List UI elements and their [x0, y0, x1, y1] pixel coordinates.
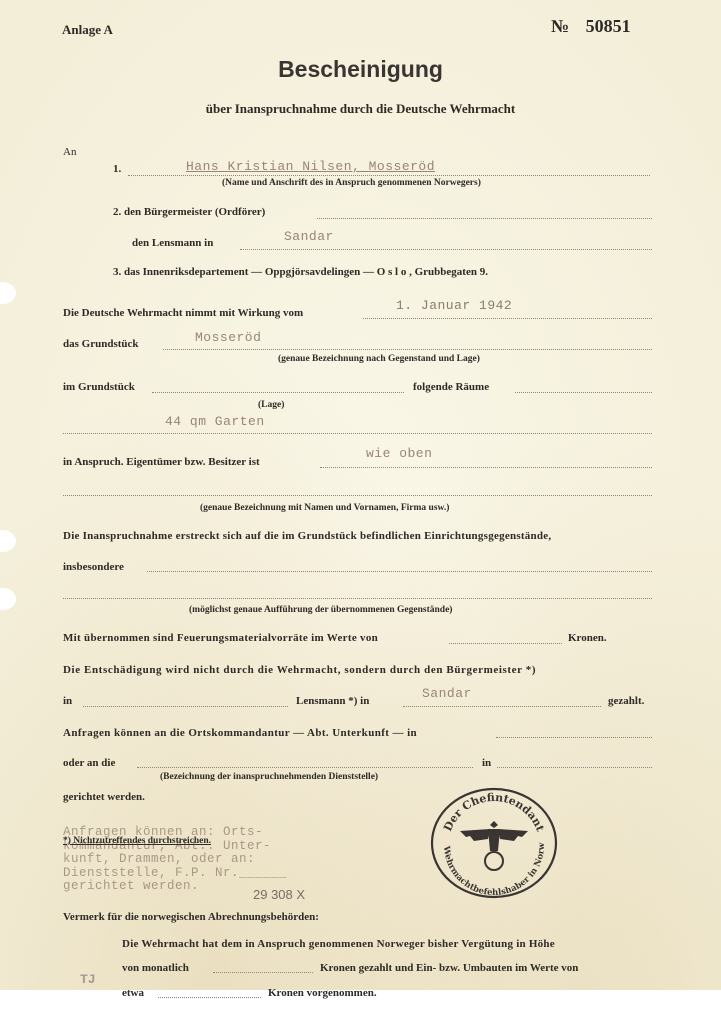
owner-caption: (genaue Bezeichnung mit Namen und Vornam…	[200, 503, 449, 513]
monthly-amount-line[interactable]	[213, 972, 313, 973]
office-line[interactable]	[137, 767, 473, 768]
office-location-line[interactable]	[497, 767, 652, 768]
mayor-label: 2. den Bürgermeister (Ordförer)	[113, 206, 265, 218]
comp-mayor-line[interactable]	[83, 706, 288, 707]
number-label: №	[551, 16, 569, 36]
owner-field[interactable]: wie oben	[366, 446, 432, 461]
name-caption: (Name und Anschrift des in Anspruch geno…	[222, 178, 481, 188]
compensation-text: Die Entschädigung wird nicht durch die W…	[63, 664, 536, 676]
comp-in-label: in	[63, 695, 72, 707]
page-title: Bescheinigung	[0, 56, 721, 83]
or-label: oder an die	[63, 757, 115, 769]
page-subtitle: über Inanspruchnahme durch die Deutsche …	[0, 101, 721, 117]
annex-label: Anlage A	[62, 22, 113, 38]
especially-label: insbesondere	[63, 561, 124, 573]
name-line	[128, 175, 650, 176]
remarks-approx-unit: Kronen vorgenommen.	[268, 987, 377, 999]
item1-number: 1.	[113, 163, 121, 175]
footnote: *) Nichtzutreffendes durchstreichen.	[63, 836, 211, 846]
rooms-label: folgende Räume	[413, 381, 489, 393]
fuel-label: Mit übernommen sind Feuerungsmaterialvor…	[63, 632, 378, 644]
inquiries-label: Anfragen können an die Ortskommandantur …	[63, 727, 417, 739]
overprint-line: Dienststelle, F.P. Nr.______	[63, 867, 287, 881]
comp-lensmann-label: Lensmann *) in	[296, 695, 369, 707]
remarks-monthly-unit: Kronen gezahlt und Ein- bzw. Umbauten im…	[320, 962, 578, 974]
effective-date-field[interactable]: 1. Januar 1942	[396, 298, 512, 313]
directed-label: gerichtet werden.	[63, 791, 145, 803]
office-caption: (Bezeichnung der inanspruchnehmenden Die…	[160, 772, 378, 782]
to-label: An	[63, 146, 76, 158]
claimant-name-field[interactable]: Hans Kristian Nilsen, Mosseröd	[186, 159, 435, 174]
owner-detail-line[interactable]	[63, 495, 652, 496]
fp-number: 29 308 X	[253, 887, 305, 902]
location-caption: (Lage)	[258, 400, 284, 410]
department-label: 3. das Innenriksdepartement — Oppgjörsav…	[113, 266, 488, 278]
document-number: № 50851	[551, 16, 631, 37]
owner-label: in Anspruch. Eigentümer bzw. Besitzer is…	[63, 456, 260, 468]
eagle-emblem-icon	[460, 821, 528, 870]
mayor-line[interactable]	[317, 218, 652, 219]
lensmann-label: den Lensmann in	[132, 237, 213, 249]
rooms-line[interactable]	[515, 392, 652, 393]
in-property-label: im Grundstück	[63, 381, 135, 393]
or-in-label: in	[482, 757, 491, 769]
inquiries-line[interactable]	[496, 737, 652, 738]
initials: TJ	[80, 972, 96, 987]
location-line[interactable]	[152, 392, 404, 393]
furnishings-text: Die Inanspruchnahme erstreckt sich auf d…	[63, 530, 551, 542]
fuel-value-line[interactable]	[449, 643, 562, 644]
stamp-seal-icon: Der Chefintendant beim Wehrmachtbefehlsh…	[430, 787, 558, 899]
lensmann-field[interactable]: Sandar	[284, 229, 334, 244]
items-caption: (möglichst genaue Aufführung der übernom…	[189, 605, 452, 615]
remarks-approx-label: etwa	[122, 987, 144, 999]
official-stamp: Der Chefintendant beim Wehrmachtbefehlsh…	[430, 787, 558, 899]
approx-amount-line[interactable]	[158, 997, 261, 998]
rooms-field[interactable]: 44 qm Garten	[165, 414, 265, 429]
number-value: 50851	[586, 16, 631, 36]
fuel-unit: Kronen.	[568, 632, 607, 644]
rooms-detail-line	[63, 433, 652, 434]
property-label: das Grundstück	[63, 338, 139, 350]
remarks-monthly-label: von monatlich	[122, 962, 189, 974]
comp-lensmann-line	[403, 706, 601, 707]
remarks-line1: Die Wehrmacht hat dem in Anspruch genomm…	[122, 938, 555, 950]
comp-paid-label: gezahlt.	[608, 695, 644, 707]
effective-label: Die Deutsche Wehrmacht nimmt mit Wirkung…	[63, 307, 303, 319]
effective-line	[363, 318, 652, 319]
remarks-heading: Vermerk für die norwegischen Abrechnungs…	[63, 911, 319, 923]
property-field[interactable]: Mosseröd	[195, 330, 261, 345]
items-line-2[interactable]	[63, 598, 652, 599]
comp-lensmann-field[interactable]: Sandar	[422, 686, 472, 701]
property-caption: (genaue Bezeichnung nach Gegenstand und …	[278, 354, 480, 364]
property-line	[163, 349, 652, 350]
owner-line	[320, 467, 652, 468]
overprint-line: kunft, Drammen, oder an:	[63, 853, 287, 867]
items-line[interactable]	[147, 571, 652, 572]
lensmann-line	[240, 249, 652, 250]
